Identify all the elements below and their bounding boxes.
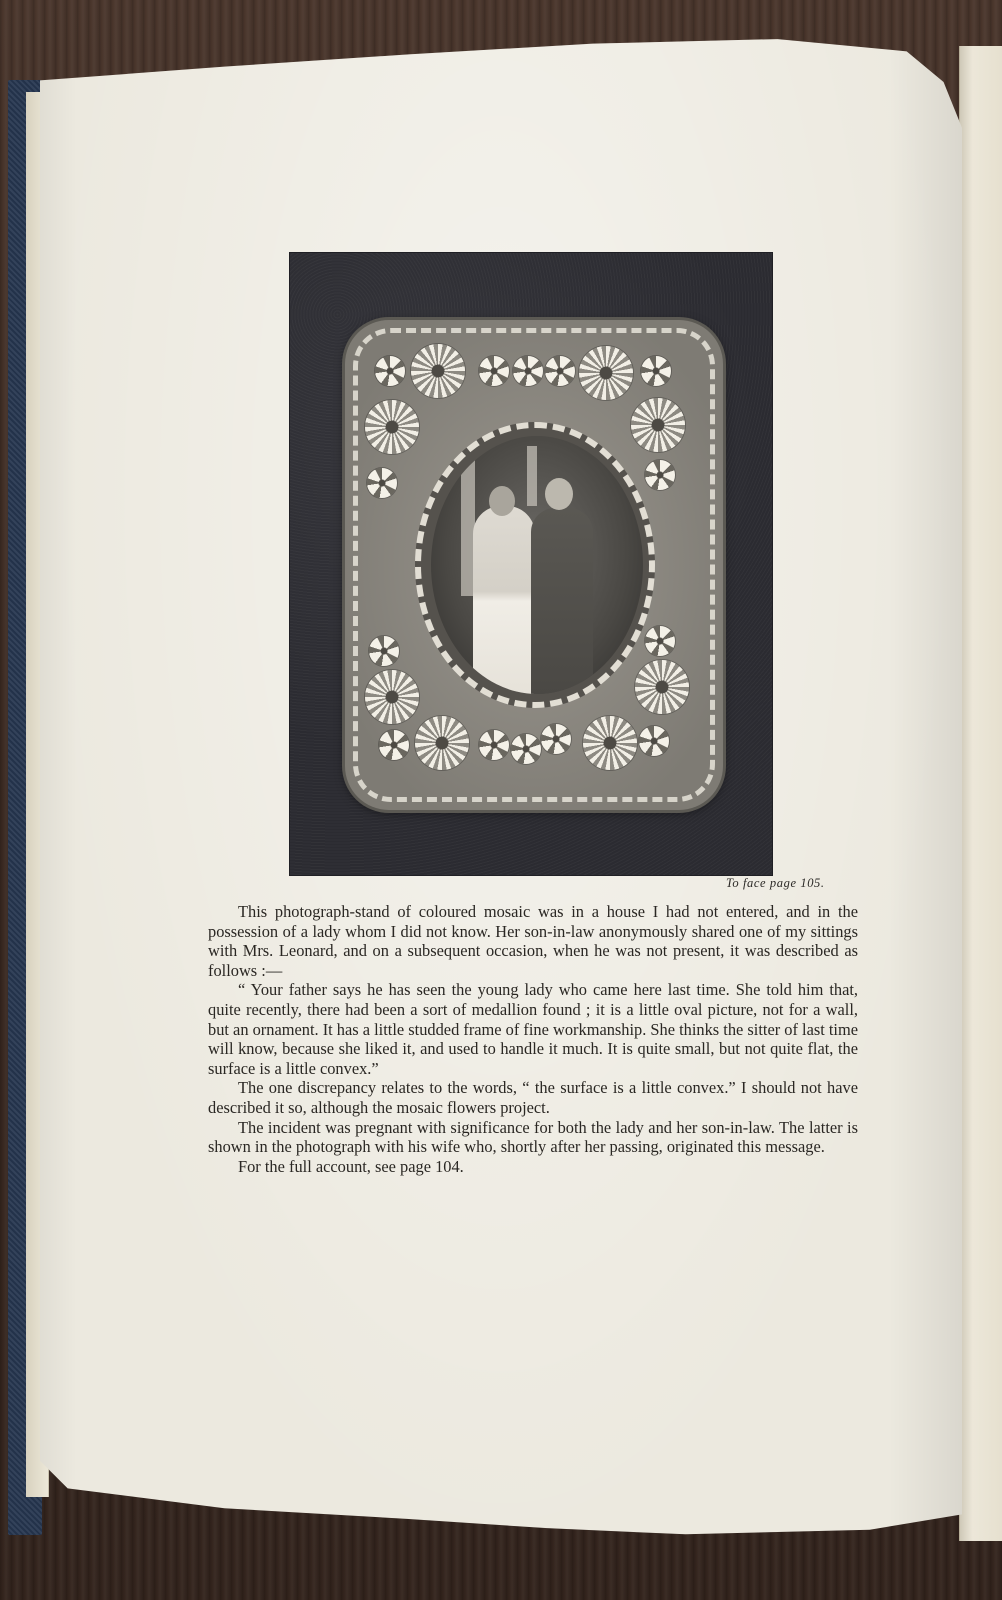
page-reference: For the full account, see page 104.: [208, 1157, 858, 1177]
flower-icon: [479, 356, 509, 386]
daisy-icon: [365, 670, 419, 724]
body-text: This photograph-stand of coloured mosaic…: [208, 902, 858, 1176]
flower-icon: [641, 356, 671, 386]
daisy-icon: [411, 344, 465, 398]
flower-icon: [367, 468, 397, 498]
daisy-icon: [365, 400, 419, 454]
daisy-icon: [579, 346, 633, 400]
man-figure: [531, 508, 593, 694]
flower-icon: [513, 356, 543, 386]
quoted-paragraph: “ Your father says he has seen the young…: [208, 980, 858, 1078]
daisy-icon: [415, 716, 469, 770]
photo-plate: [289, 252, 773, 876]
next-page-edge: [959, 46, 1002, 1541]
flower-icon: [369, 636, 399, 666]
flower-icon: [645, 460, 675, 490]
plate-caption: To face page 105.: [726, 876, 825, 891]
flower-icon: [379, 730, 409, 760]
oval-photograph: [431, 436, 643, 694]
paragraph: The one discrepancy relates to the words…: [208, 1078, 858, 1117]
daisy-icon: [631, 398, 685, 452]
flower-icon: [511, 734, 541, 764]
daisy-icon: [635, 660, 689, 714]
flower-icon: [639, 726, 669, 756]
flower-icon: [541, 724, 571, 754]
paragraph: The incident was pregnant with significa…: [208, 1118, 858, 1157]
paragraph: This photograph-stand of coloured mosaic…: [208, 902, 858, 980]
woman-figure: [473, 506, 535, 694]
man-head: [545, 478, 573, 510]
flower-icon: [645, 626, 675, 656]
flower-icon: [375, 356, 405, 386]
doorway-post: [527, 446, 537, 506]
flower-icon: [479, 730, 509, 760]
daisy-icon: [583, 716, 637, 770]
woman-head: [489, 486, 515, 516]
flower-icon: [545, 356, 575, 386]
